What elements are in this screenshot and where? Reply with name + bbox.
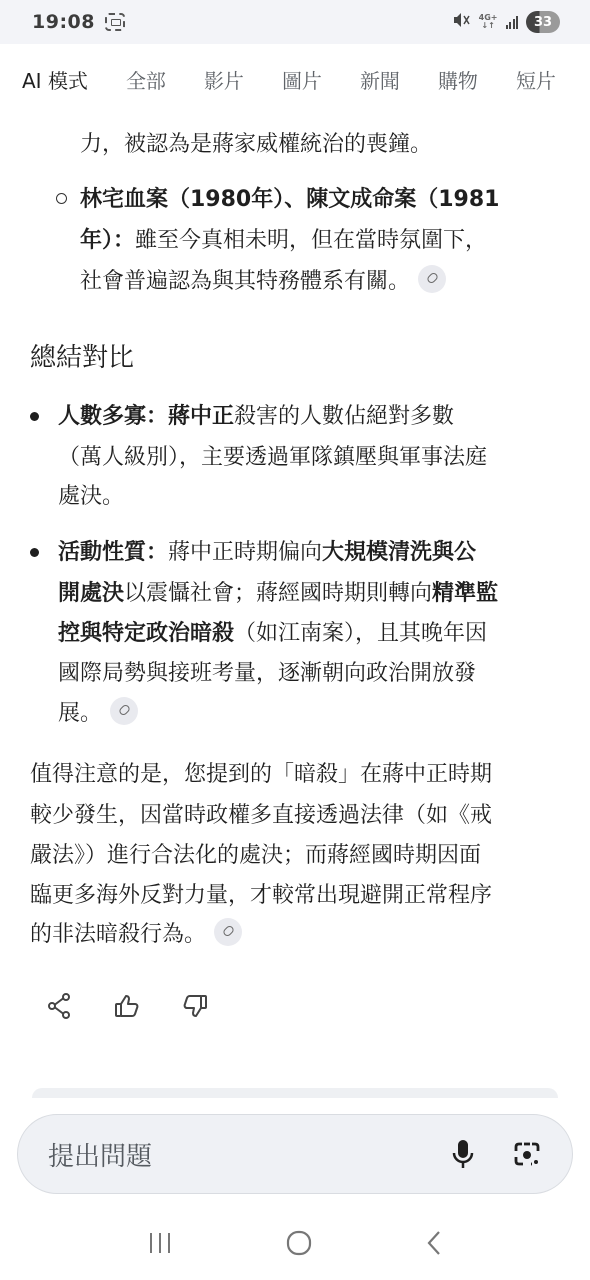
case-title-end: 年）： [80,228,135,253]
note-line: 值得注意的是，您提到的「暗殺」在蔣中正時期 [30,755,492,795]
summary-bold: 精準監 [432,581,498,606]
microphone-icon[interactable] [448,1139,478,1169]
screen-record-icon [105,13,125,31]
summary-line: 活動性質：蔣中正時期偏向大規模清洗與公 [58,533,476,573]
tab-images[interactable]: 圖片 [282,65,322,94]
thumbs-down-icon[interactable] [182,993,208,1019]
summary-line: 處決。 [58,477,124,517]
tab-shorts[interactable]: 短片 [516,65,556,94]
tab-ai-mode[interactable]: AI 模式 [22,65,88,94]
section-heading: 總結對比 [30,337,134,374]
network-icon: 4G+↓↑ [479,14,498,30]
paragraph-line: 力，被認為是蔣家威權統治的喪鐘。 [80,125,432,165]
source-link-icon[interactable] [214,918,242,946]
note-line: 的非法暗殺行為。 [30,915,242,955]
google-lens-icon[interactable] [512,1139,542,1169]
back-button[interactable] [425,1230,443,1260]
summary-line: 開處決以震懾社會；蔣經國時期則轉向精準監 [58,574,498,614]
source-link-icon[interactable] [110,697,138,725]
search-tabs: AI 模式 全部 影片 圖片 新聞 購物 短片 [0,44,590,114]
summary-line: 人數多寡：蔣中正殺害的人數佔絕對多數 [58,397,454,437]
note-line: 嚴法》）進行合法化的處決；而蔣經國時期因面 [30,836,481,876]
summary-text: 展。 [58,701,102,726]
summary-text: 殺害的人數佔絕對多數 [234,404,454,429]
summary-bold: 大規模清洗與公 [322,540,476,565]
summary-line: （萬人級別），主要透過軍隊鎮壓與軍事法庭 [58,438,487,478]
summary-line: 控與特定政治暗殺（如江南案），且其晚年因 [58,614,487,654]
note-text: 的非法暗殺行為。 [30,922,206,947]
status-time: 19:08 [32,11,95,33]
summary-label: 活動性質： [58,540,168,565]
summary-label: 人數多寡： [58,404,168,429]
case-text: 社會普遍認為與其特務體系有關。 [80,269,410,294]
sub-bullet [56,193,67,204]
tab-all[interactable]: 全部 [126,65,166,94]
bullet [30,548,39,557]
summary-text: 以震懾社會；蔣經國時期則轉向 [124,581,432,606]
tab-shopping[interactable]: 購物 [438,65,478,94]
summary-bold: 控與特定政治暗殺 [58,621,234,646]
summary-line: 展。 [58,694,138,734]
feedback-actions [46,993,208,1019]
battery-indicator: 33 [526,11,560,33]
summary-text: （如江南案），且其晚年因 [234,621,487,646]
paragraph-line: 社會普遍認為與其特務體系有關。 [80,262,446,302]
case-title: 林宅血案（1980年）、陳文成命案（1981 [80,180,499,220]
summary-bold: 開處決 [58,581,124,606]
mute-icon [453,12,471,32]
ask-input[interactable]: 提出問題 [48,1136,414,1173]
share-icon[interactable] [46,993,72,1019]
thumbs-up-icon[interactable] [114,993,140,1019]
note-line: 較少發生，因當時政權多直接透過法律（如《戒 [30,796,492,836]
status-icons: 4G+↓↑ 33 [453,11,560,33]
status-bar: 19:08 4G+↓↑ 33 [0,0,590,44]
tab-videos[interactable]: 影片 [204,65,244,94]
network-label: 4G+ [479,13,498,22]
recent-apps-button[interactable] [147,1231,173,1259]
tab-news[interactable]: 新聞 [360,65,400,94]
case-text: 雖至今真相未明，但在當時氛圍下， [135,228,487,253]
signal-icon [506,16,519,29]
scroll-fade [32,1088,558,1098]
home-button[interactable] [286,1230,312,1260]
summary-bold: 蔣中正 [168,404,234,429]
source-link-icon[interactable] [418,265,446,293]
summary-text: 蔣中正時期偏向 [168,540,322,565]
paragraph-line: 年）：雖至今真相未明，但在當時氛圍下， [80,221,487,261]
bullet [30,412,39,421]
system-nav-bar [0,1220,590,1270]
ask-input-bar[interactable]: 提出問題 [17,1114,573,1194]
summary-line: 國際局勢與接班考量，逐漸朝向政治開放發 [58,654,476,694]
note-line: 臨更多海外反對力量，才較常出現避開正常程序 [30,876,492,916]
